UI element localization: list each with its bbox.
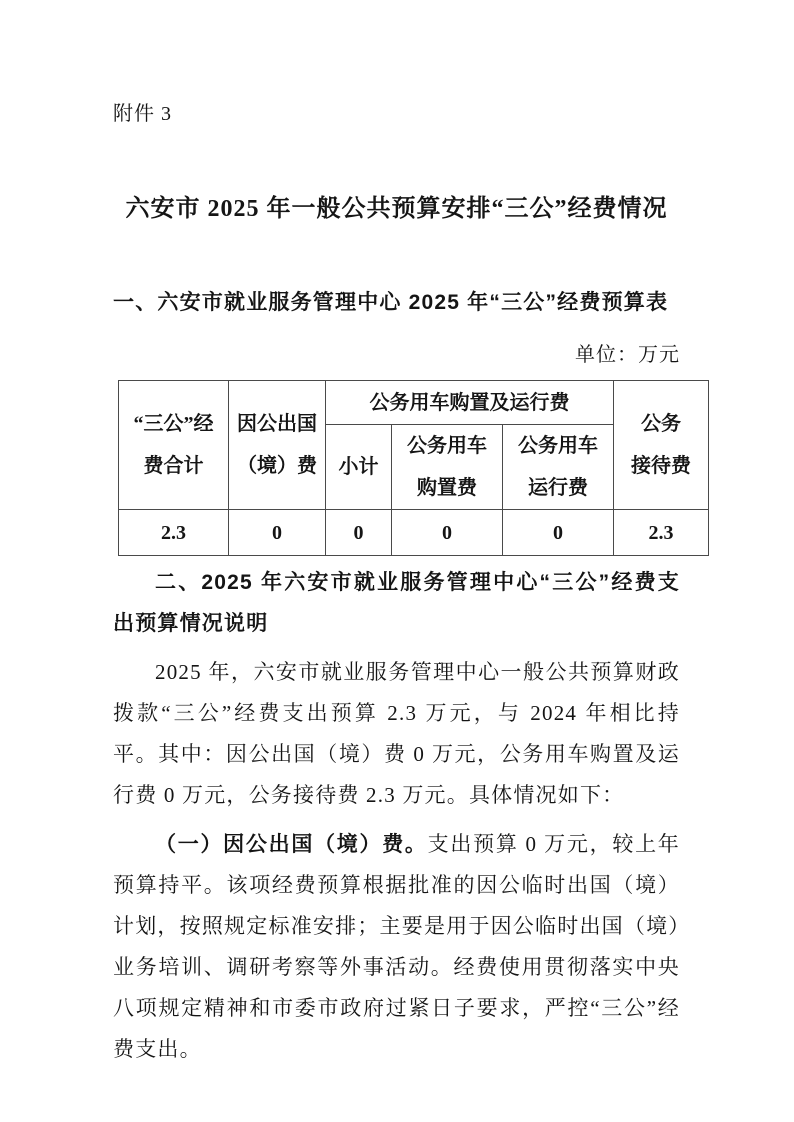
budget-table: “三公”经 费合计 因公出国 （境）费 公务用车购置及运行费 公务 接待费 小计… (118, 380, 709, 556)
value-reception: 2.3 (614, 510, 709, 556)
value-abroad: 0 (229, 510, 326, 556)
attachment-label: 附件 3 (113, 0, 680, 126)
unit-label: 单位：万元 (113, 338, 680, 367)
header-vehicle-group-cell: 公务用车购置及运行费 (326, 381, 614, 425)
header-subtotal-cell: 小计 (326, 425, 392, 510)
header-operation-cell: 公务用车 运行费 (503, 425, 614, 510)
overview-paragraph: 2025 年，六安市就业服务管理中心一般公共预算财政拨款“三公”经费支出预算 2… (113, 652, 680, 816)
document-page: 附件 3 六安市 2025 年一般公共预算安排“三公”经费情况 一、六安市就业服… (0, 0, 794, 1122)
document-content: 附件 3 六安市 2025 年一般公共预算安排“三公”经费情况 一、六安市就业服… (113, 0, 680, 1070)
abroad-paragraph-body: 支出预算 0 万元，较上年预算持平。该项经费预算根据批准的因公临时出国（境）计划… (113, 832, 680, 1061)
value-purchase: 0 (392, 510, 503, 556)
header-reception-cell: 公务 接待费 (614, 381, 709, 510)
abroad-paragraph-lead: （一）因公出国（境）费。 (155, 832, 428, 856)
abroad-paragraph: （一）因公出国（境）费。支出预算 0 万元，较上年预算持平。该项经费预算根据批准… (113, 824, 680, 1070)
section1-heading: 一、六安市就业服务管理中心 2025 年“三公”经费预算表 (113, 286, 680, 316)
value-subtotal: 0 (326, 510, 392, 556)
table-data-row: 2.3 0 0 0 0 2.3 (119, 510, 709, 556)
value-total: 2.3 (119, 510, 229, 556)
section2-heading: 二、2025 年六安市就业服务管理中心“三公”经费支出预算情况说明 (113, 562, 680, 644)
header-abroad-cell: 因公出国 （境）费 (229, 381, 326, 510)
header-purchase-cell: 公务用车 购置费 (392, 425, 503, 510)
document-title: 六安市 2025 年一般公共预算安排“三公”经费情况 (113, 188, 680, 223)
value-operation: 0 (503, 510, 614, 556)
header-total-cell: “三公”经 费合计 (119, 381, 229, 510)
